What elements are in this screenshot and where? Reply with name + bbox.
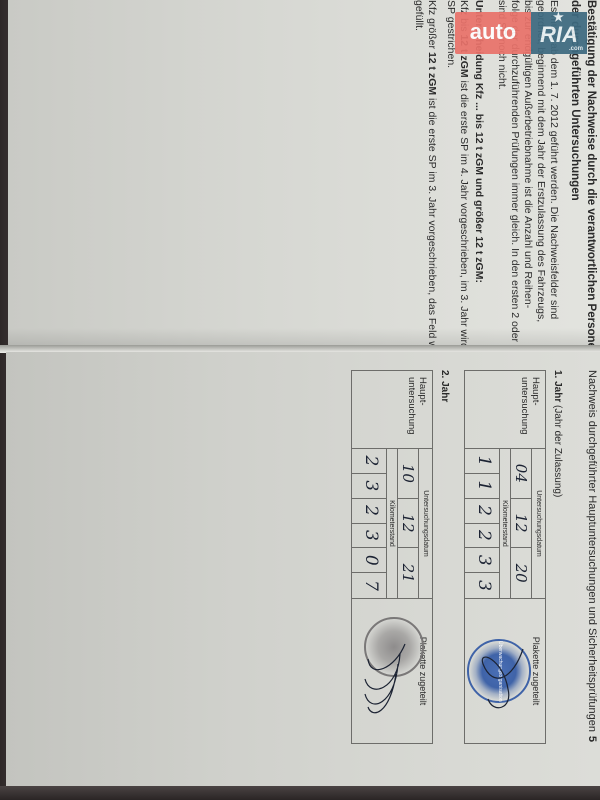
row-label: Haupt-untersuchung	[352, 371, 432, 449]
km-digit: 7	[352, 573, 386, 598]
km-digit: 2	[465, 499, 499, 524]
year-1-label: 1. Jahr (Jahr der Zulassung)	[552, 370, 563, 790]
inspection-table-year-2: Haupt-untersuchung Untersuchungsdatum 10…	[351, 370, 433, 744]
rule-text: ist die erste SP im 3. Jahr vorgeschrieb…	[426, 95, 438, 360]
odometer-reading: 2 3 2 3 0 7	[352, 449, 386, 598]
rule-text: ist die erste SP im 4. Jahr vorgeschrieb…	[458, 78, 470, 369]
date-day: 04	[511, 449, 531, 499]
date-km-cell: Untersuchungsdatum 10 12 21 Kilometersta…	[352, 449, 432, 599]
star-icon: ★	[553, 10, 564, 24]
year-label-bold: 1. Jahr	[552, 370, 563, 402]
rule-end: gefüllt.	[412, 0, 425, 350]
km-digit: 3	[465, 548, 499, 573]
km-header: Kilometerstand	[386, 449, 398, 598]
odometer-reading: 1 1 2 2 3 3	[465, 449, 499, 598]
section-heading-mid: und größer	[473, 175, 485, 236]
km-digit: 2	[352, 449, 386, 474]
rule-kfz-over-12t: Kfz größer 12 t zGM ist die erste SP im …	[425, 0, 438, 350]
sticker-cell: Plakette zugeteilt	[352, 599, 432, 743]
km-digit: 3	[465, 573, 499, 598]
year-label-rest: (Jahr der Zulassung)	[552, 402, 563, 497]
section-heading-bold-1: 12 t zGM	[473, 132, 485, 175]
rule-bold: 12 t zGM	[426, 52, 438, 95]
row-label: Haupt-untersuchung	[465, 371, 545, 449]
page-header: Nachweis durchgeführter Hauptuntersuchun…	[585, 370, 598, 742]
page-number: 5	[585, 736, 598, 742]
lower-page-content: Nachweis durchgeführter Hauptuntersuchun…	[288, 370, 598, 790]
date-km-cell: Untersuchungsdatum 04 12 20 Kilometersta…	[465, 449, 545, 599]
page-title: Nachweis durchgeführter Hauptuntersuchun…	[585, 370, 598, 732]
inspection-table-year-1: Haupt-untersuchung Untersuchungsdatum 04…	[464, 370, 546, 744]
signature-icon	[360, 619, 420, 729]
km-digit: 2	[352, 499, 386, 524]
km-digit: 1	[465, 474, 499, 499]
watermark-auto: auto	[455, 12, 531, 54]
background-surface	[0, 786, 600, 800]
date-month: 12	[511, 499, 531, 549]
watermark-ria-text: RIA	[540, 22, 578, 47]
date-header: Untersuchungsdatum	[531, 449, 545, 598]
date-day: 10	[398, 449, 418, 499]
signature-icon	[473, 619, 533, 729]
watermark-domain: .com	[569, 46, 583, 53]
km-header: Kilometerstand	[499, 449, 511, 598]
date-year: 21	[398, 548, 418, 598]
watermark-ria: ★ RIA .com	[531, 12, 587, 54]
year-label-bold: 2. Jahr	[439, 370, 450, 402]
year-2-label: 2. Jahr	[439, 370, 450, 790]
km-digit: 2	[465, 524, 499, 549]
date-header: Untersuchungsdatum	[418, 449, 432, 598]
km-digit: 3	[352, 474, 386, 499]
km-digit: 1	[465, 449, 499, 474]
sticker-cell: Plakette zugeteilt Überwachungsorganisat…	[465, 599, 545, 743]
watermark-logo: auto ★ RIA .com	[455, 12, 587, 54]
date-year: 20	[511, 548, 531, 598]
section-heading-bold-2: 12 t zGM:	[473, 236, 485, 283]
km-digit: 3	[352, 524, 386, 549]
rule-text: Kfz größer	[426, 0, 438, 52]
date-month: 12	[398, 499, 418, 549]
inspection-date: 04 12 20	[511, 449, 531, 598]
inspection-date: 10 12 21	[398, 449, 418, 598]
km-digit: 0	[352, 548, 386, 573]
